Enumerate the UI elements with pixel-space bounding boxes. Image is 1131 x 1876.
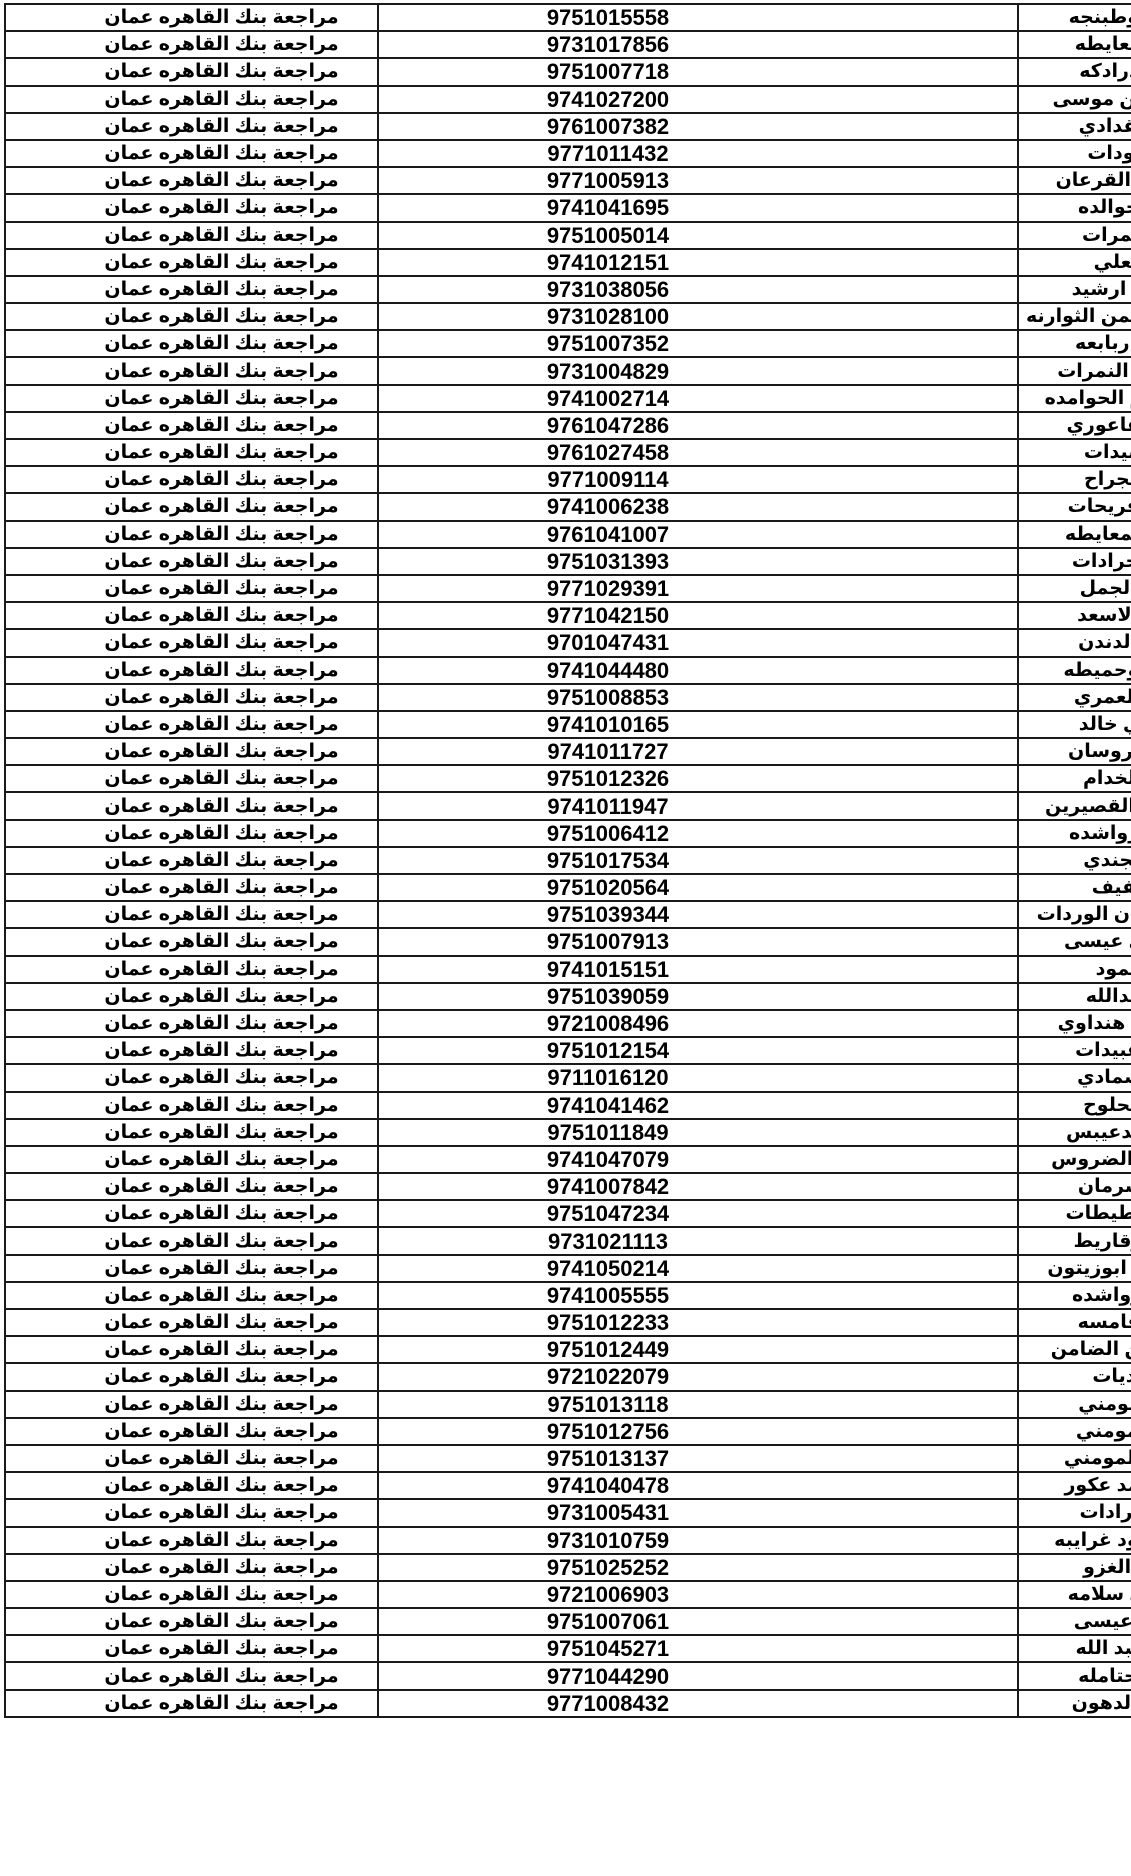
name-cell: معن علي ناصر بني عيسى (1018, 1608, 1131, 1635)
number-cell: 9721008496 (378, 1010, 1018, 1037)
branch-cell: مراجعة بنك القاهره عمان (5, 31, 378, 58)
number-cell: 9751015558 (378, 4, 1018, 31)
branch-cell: مراجعة بنك القاهره عمان (5, 1635, 378, 1662)
name-cell: زياد عبدالحافظ عايد ارشيد (1018, 276, 1131, 303)
number-cell: 9721022079 (378, 1363, 1018, 1390)
table-row: مراجعة بنك القاهره عمان 9741044480 حماد … (5, 657, 1131, 684)
table-row: مراجعة بنك القاهره عمان 9731017856 محمد … (5, 31, 1131, 58)
table-row: مراجعة بنك القاهره عمان 9731021113 حاتم … (5, 1227, 1131, 1254)
number-cell: 9731028100 (378, 303, 1018, 330)
table-row: مراجعة بنك القاهره عمان 9751047234 صالح … (5, 1200, 1131, 1227)
name-cell: صالح احمد صالح الصمادي (1018, 1064, 1131, 1091)
number-cell: 9751011849 (378, 1119, 1018, 1146)
number-cell: 9751007913 (378, 928, 1018, 955)
branch-cell: مراجعة بنك القاهره عمان (5, 1445, 378, 1472)
name-cell: ناصر محمد حسن جرادات (1018, 1499, 1131, 1526)
table-row: مراجعة بنك القاهره عمان 9751013137 محمد … (5, 1445, 1131, 1472)
name-cell: محمد محي الدين عبدالرحمن الثوارنه (1018, 303, 1131, 330)
table-row: مراجعة بنك القاهره عمان 9741015151 خالد … (5, 956, 1131, 983)
name-cell: بسام محمد عيسى الغزو (1018, 1554, 1131, 1581)
branch-cell: مراجعة بنك القاهره عمان (5, 357, 378, 384)
table-row: مراجعة بنك القاهره عمان 9741047079 رياض … (5, 1146, 1131, 1173)
name-cell: هاني احمد طعمه بني عيسى (1018, 928, 1131, 955)
number-cell: 9741050214 (378, 1255, 1018, 1282)
branch-cell: مراجعة بنك القاهره عمان (5, 820, 378, 847)
number-cell: 9751039344 (378, 901, 1018, 928)
number-cell: 9751012449 (378, 1336, 1018, 1363)
branch-cell: مراجعة بنك القاهره عمان (5, 1200, 378, 1227)
name-cell: زيدون حسين علي الاسعد (1018, 602, 1131, 629)
table-row: مراجعة بنك القاهره عمان 9741002714 علي ع… (5, 385, 1131, 412)
name-cell: حماد سالم سلمان ابوحميطه (1018, 657, 1131, 684)
table-row: مراجعة بنك القاهره عمان 9731005431 ناصر … (5, 1499, 1131, 1526)
name-cell: محمد احمد خليل المعايطه (1018, 31, 1131, 58)
number-cell: 9761027458 (378, 439, 1018, 466)
name-cell: محمد عبدالوهاب ضامن الضامن (1018, 1336, 1131, 1363)
branch-cell: مراجعة بنك القاهره عمان (5, 385, 378, 412)
branch-cell: مراجعة بنك القاهره عمان (5, 303, 378, 330)
number-cell: 9751039059 (378, 983, 1018, 1010)
number-cell: 9711016120 (378, 1064, 1018, 1091)
branch-cell: مراجعة بنك القاهره عمان (5, 1309, 378, 1336)
table-row: مراجعة بنك القاهره عمان 9741011947 محمد … (5, 792, 1131, 819)
branch-cell: مراجعة بنك القاهره عمان (5, 847, 378, 874)
name-cell: عبدالمنعم احمد طلال النمرات (1018, 357, 1131, 384)
number-cell: 9751008853 (378, 684, 1018, 711)
branch-cell: مراجعة بنك القاهره عمان (5, 1227, 378, 1254)
branch-cell: مراجعة بنك القاهره عمان (5, 956, 378, 983)
table-row: مراجعة بنك القاهره عمان 9751007913 هاني … (5, 928, 1131, 955)
branch-cell: مراجعة بنك القاهره عمان (5, 765, 378, 792)
name-cell: اياد سعيد احمد العبدالله (1018, 983, 1131, 1010)
number-cell: 9751045271 (378, 1635, 1018, 1662)
number-cell: 9771044290 (378, 1662, 1018, 1689)
number-cell: 9751047234 (378, 1200, 1018, 1227)
table-row: مراجعة بنك القاهره عمان 9761007382 محمود… (5, 113, 1131, 140)
table-row: مراجعة بنك القاهره عمان 9721006903 محمد … (5, 1581, 1131, 1608)
branch-cell: مراجعة بنك القاهره عمان (5, 1037, 378, 1064)
number-cell: 9741007842 (378, 1173, 1018, 1200)
name-cell: ابراهيم موسى حسين هنداوي (1018, 1010, 1131, 1037)
number-cell: 9751031393 (378, 548, 1018, 575)
table-row: مراجعة بنك القاهره عمان 9741005555 هايل … (5, 1282, 1131, 1309)
branch-cell: مراجعة بنك القاهره عمان (5, 1146, 378, 1173)
branch-cell: مراجعة بنك القاهره عمان (5, 86, 378, 113)
number-cell: 9731038056 (378, 276, 1018, 303)
branch-cell: مراجعة بنك القاهره عمان (5, 140, 378, 167)
table-row: مراجعة بنك القاهره عمان 9751012154 عمر م… (5, 1037, 1131, 1064)
names-table: مراجعة بنك القاهره عمان 9751015558 زياد … (4, 3, 1131, 1718)
name-cell: محمدسعيد كامل محمود غرايبه (1018, 1527, 1131, 1554)
name-cell: محمد خالد محمد عبيدات (1018, 439, 1131, 466)
branch-cell: مراجعة بنك القاهره عمان (5, 330, 378, 357)
branch-cell: مراجعة بنك القاهره عمان (5, 249, 378, 276)
table-row: مراجعة بنك القاهره عمان 9751007061 معن ع… (5, 1608, 1131, 1635)
number-cell: 9741010165 (378, 711, 1018, 738)
number-cell: 9751007061 (378, 1608, 1018, 1635)
name-cell: مؤيد احمد طلال النمرات (1018, 222, 1131, 249)
name-cell: محمد مصطفى حوران القصيرين (1018, 792, 1131, 819)
branch-cell: مراجعة بنك القاهره عمان (5, 548, 378, 575)
name-cell: امجد سلمان علي الجرادات (1018, 548, 1131, 575)
name-cell: رسمي يوسف موسى القرعان (1018, 167, 1131, 194)
table-row: مراجعة بنك القاهره عمان 9731028100 محمد … (5, 303, 1131, 330)
number-cell: 9751017534 (378, 847, 1018, 874)
name-cell: ابراهيم مراد فريح خوالده (1018, 194, 1131, 221)
name-cell: محمد محمود توفيق المومني (1018, 1445, 1131, 1472)
branch-cell: مراجعة بنك القاهره عمان (5, 1554, 378, 1581)
table-row: مراجعة بنك القاهره عمان 9771005913 رسمي … (5, 167, 1131, 194)
table-row: مراجعة بنك القاهره عمان 9751005014 مؤيد … (5, 222, 1131, 249)
name-cell: علي احمد علي العودات (1018, 140, 1131, 167)
branch-cell: مراجعة بنك القاهره عمان (5, 4, 378, 31)
branch-cell: مراجعة بنك القاهره عمان (5, 684, 378, 711)
number-cell: 9761041007 (378, 521, 1018, 548)
number-cell: 9741041462 (378, 1092, 1018, 1119)
branch-cell: مراجعة بنك القاهره عمان (5, 657, 378, 684)
table-row: مراجعة بنك القاهره عمان 9741010165 بسام … (5, 711, 1131, 738)
branch-cell: مراجعة بنك القاهره عمان (5, 874, 378, 901)
name-cell: رياض عبدالله سليمان الضروس (1018, 1146, 1131, 1173)
name-cell: عمر معروف محمد عبيدات (1018, 1037, 1131, 1064)
branch-cell: مراجعة بنك القاهره عمان (5, 466, 378, 493)
number-cell: 9751007352 (378, 330, 1018, 357)
table-row: مراجعة بنك القاهره عمان 9711016120 صالح … (5, 1064, 1131, 1091)
number-cell: 9751006412 (378, 820, 1018, 847)
table-row: مراجعة بنك القاهره عمان 9741006238 فاروق… (5, 493, 1131, 520)
number-cell: 9771008432 (378, 1690, 1018, 1717)
name-cell: احمد محمد ابراهيم الدهون (1018, 1690, 1131, 1717)
name-cell: مؤيد سليمان احمد مومني (1018, 1418, 1131, 1445)
table-row: مراجعة بنك القاهره عمان 9771029391 محمود… (5, 575, 1131, 602)
number-cell: 9751025252 (378, 1554, 1018, 1581)
number-cell: 9741047079 (378, 1146, 1018, 1173)
number-cell: 9741015151 (378, 956, 1018, 983)
branch-cell: مراجعة بنك القاهره عمان (5, 521, 378, 548)
name-cell: زياد عبدالله محمد ابوطبنجه (1018, 4, 1131, 31)
table-row: مراجعة بنك القاهره عمان 9751012756 مؤيد … (5, 1418, 1131, 1445)
branch-cell: مراجعة بنك القاهره عمان (5, 276, 378, 303)
branch-cell: مراجعة بنك القاهره عمان (5, 1690, 378, 1717)
branch-cell: مراجعة بنك القاهره عمان (5, 1472, 378, 1499)
name-cell: يحيى مدالله احمد الرواشده (1018, 820, 1131, 847)
branch-cell: مراجعة بنك القاهره عمان (5, 928, 378, 955)
number-cell: 9751012326 (378, 765, 1018, 792)
name-cell: عمر عفيف مطلق لحلوح (1018, 1092, 1131, 1119)
number-cell: 9751012233 (378, 1309, 1018, 1336)
name-cell: حسام حسن فهد الجندي (1018, 847, 1131, 874)
table-row: مراجعة بنك القاهره عمان 9721008496 ابراه… (5, 1010, 1131, 1037)
number-cell: 9741002714 (378, 385, 1018, 412)
name-cell: احمد محمد سلامه الفاعوري (1018, 412, 1131, 439)
number-cell: 9761007382 (378, 113, 1018, 140)
table-row: مراجعة بنك القاهره عمان 9751025252 بسام … (5, 1554, 1131, 1581)
table-row: مراجعة بنك القاهره عمان 9721022079 حمد خ… (5, 1363, 1131, 1390)
table-row: مراجعة بنك القاهره عمان 9741007842 خالد … (5, 1173, 1131, 1200)
name-cell: اكثم فوزي محسن الروسان (1018, 738, 1131, 765)
branch-cell: مراجعة بنك القاهره عمان (5, 1092, 378, 1119)
table-row: مراجعة بنك القاهره عمان 9751039344 عبدال… (5, 901, 1131, 928)
table-body: مراجعة بنك القاهره عمان 9751015558 زياد … (5, 4, 1131, 1717)
table-row: مراجعة بنك القاهره عمان 9751011849 مامون… (5, 1119, 1131, 1146)
name-cell: محمد راتب محمد دقامسه (1018, 1309, 1131, 1336)
table-row: مراجعة بنك القاهره عمان 9741012151 عامر … (5, 249, 1131, 276)
table-row: مراجعة بنك القاهره عمان 9751017534 حسام … (5, 847, 1131, 874)
branch-cell: مراجعة بنك القاهره عمان (5, 1119, 378, 1146)
number-cell: 9741006238 (378, 493, 1018, 520)
branch-cell: مراجعة بنك القاهره عمان (5, 1608, 378, 1635)
name-cell: هايل احمد سرور الرواشده (1018, 1282, 1131, 1309)
name-cell: عامر علي سالم العلي (1018, 249, 1131, 276)
document-sheet: مراجعة بنك القاهره عمان 9751015558 زياد … (4, 3, 1128, 1718)
name-cell: عبدالسلام محمد القفطان الوردات (1018, 901, 1131, 928)
number-cell: 9741027200 (378, 86, 1018, 113)
table-row: مراجعة بنك القاهره عمان 9741027200 حسام … (5, 86, 1131, 113)
name-cell: خالد محمد صالح الشرمان (1018, 1173, 1131, 1200)
branch-cell: مراجعة بنك القاهره عمان (5, 738, 378, 765)
branch-cell: مراجعة بنك القاهره عمان (5, 1010, 378, 1037)
branch-cell: مراجعة بنك القاهره عمان (5, 1581, 378, 1608)
number-cell: 9741012151 (378, 249, 1018, 276)
name-cell: احمد حسن خميس الدندن (1018, 629, 1131, 656)
name-cell: محمود احمد خالد مقدادي (1018, 113, 1131, 140)
table-row: مراجعة بنك القاهره عمان 9771008432 احمد … (5, 1690, 1131, 1717)
branch-cell: مراجعة بنك القاهره عمان (5, 194, 378, 221)
branch-cell: مراجعة بنك القاهره عمان (5, 1527, 378, 1554)
branch-cell: مراجعة بنك القاهره عمان (5, 1499, 378, 1526)
number-cell: 9771009114 (378, 466, 1018, 493)
number-cell: 9771011432 (378, 140, 1018, 167)
branch-cell: مراجعة بنك القاهره عمان (5, 1173, 378, 1200)
name-cell: حسام جمعه عبدالرحمن موسى (1018, 86, 1131, 113)
table-row: مراجعة بنك القاهره عمان 9731010759 محمدس… (5, 1527, 1131, 1554)
name-cell: حمد خليل احمد الديات (1018, 1363, 1131, 1390)
branch-cell: مراجعة بنك القاهره عمان (5, 1391, 378, 1418)
number-cell: 9741040478 (378, 1472, 1018, 1499)
table-row: مراجعة بنك القاهره عمان 9761027458 محمد … (5, 439, 1131, 466)
branch-cell: مراجعة بنك القاهره عمان (5, 113, 378, 140)
branch-cell: مراجعة بنك القاهره عمان (5, 711, 378, 738)
name-cell: رامي قاسم احمد الخدام (1018, 765, 1131, 792)
table-row: مراجعة بنك القاهره عمان 9751013118 ايمن … (5, 1391, 1131, 1418)
branch-cell: مراجعة بنك القاهره عمان (5, 1336, 378, 1363)
branch-cell: مراجعة بنك القاهره عمان (5, 167, 378, 194)
branch-cell: مراجعة بنك القاهره عمان (5, 439, 378, 466)
table-row: مراجعة بنك القاهره عمان 9771042150 زيدون… (5, 602, 1131, 629)
number-cell: 9741011727 (378, 738, 1018, 765)
table-row: مراجعة بنك القاهره عمان 9731004829 عبدال… (5, 357, 1131, 384)
number-cell: 9701047431 (378, 629, 1018, 656)
branch-cell: مراجعة بنك القاهره عمان (5, 412, 378, 439)
table-row: مراجعة بنك القاهره عمان 9751012233 محمد … (5, 1309, 1131, 1336)
name-cell: محمد يوسف جبر الجراح (1018, 466, 1131, 493)
number-cell: 9741041695 (378, 194, 1018, 221)
table-row: مراجعة بنك القاهره عمان 9751007718 جعفر … (5, 58, 1131, 85)
branch-cell: مراجعة بنك القاهره عمان (5, 1363, 378, 1390)
table-row: مراجعة بنك القاهره عمان 9771011432 علي ا… (5, 140, 1131, 167)
name-cell: جعفر قاسم محمد درادكه (1018, 58, 1131, 85)
branch-cell: مراجعة بنك القاهره عمان (5, 1255, 378, 1282)
name-cell: محمود يحيى صالح الجمل (1018, 575, 1131, 602)
number-cell: 9741005555 (378, 1282, 1018, 1309)
name-cell: خالد نهار فالح الحمود (1018, 956, 1131, 983)
number-cell: 9731005431 (378, 1499, 1018, 1526)
name-cell: مامون محمد حسن الدعيبس (1018, 1119, 1131, 1146)
number-cell: 9771042150 (378, 602, 1018, 629)
name-cell: انور محمد سليمان العمري (1018, 684, 1131, 711)
name-cell: نضال كريم عبدالله المعايطه (1018, 521, 1131, 548)
name-cell: فاروق عادل حسين فريحات (1018, 493, 1131, 520)
branch-cell: مراجعة بنك القاهره عمان (5, 1662, 378, 1689)
number-cell: 9771029391 (378, 575, 1018, 602)
branch-cell: مراجعة بنك القاهره عمان (5, 629, 378, 656)
number-cell: 9751005014 (378, 222, 1018, 249)
table-row: مراجعة بنك القاهره عمان 9751006412 يحيى … (5, 820, 1131, 847)
name-cell: ايمن محمد احمد المومني (1018, 1391, 1131, 1418)
table-row: مراجعة بنك القاهره عمان 9751020564 محمد … (5, 874, 1131, 901)
table-row: مراجعة بنك القاهره عمان 9741011727 اكثم … (5, 738, 1131, 765)
name-cell: صالح حمود صالح القطيطات (1018, 1200, 1131, 1227)
name-cell: محمد سعد علي عفيف (1018, 874, 1131, 901)
branch-cell: مراجعة بنك القاهره عمان (5, 1282, 378, 1309)
name-cell: بسام عمر محمد بني خالد (1018, 711, 1131, 738)
branch-cell: مراجعة بنك القاهره عمان (5, 58, 378, 85)
number-cell: 9751007718 (378, 58, 1018, 85)
number-cell: 9731004829 (378, 357, 1018, 384)
table-row: مراجعة بنك القاهره عمان 9751012449 محمد … (5, 1336, 1131, 1363)
table-row: مراجعة بنك القاهره عمان 9771009114 محمد … (5, 466, 1131, 493)
branch-cell: مراجعة بنك القاهره عمان (5, 493, 378, 520)
number-cell: 9741011947 (378, 792, 1018, 819)
name-cell: زياد يوسف عبدالرحمن ابوزيتون (1018, 1255, 1131, 1282)
table-row: مراجعة بنك القاهره عمان 9751039059 اياد … (5, 983, 1131, 1010)
table-row: مراجعة بنك القاهره عمان 9741041462 عمر ع… (5, 1092, 1131, 1119)
branch-cell: مراجعة بنك القاهره عمان (5, 792, 378, 819)
number-cell: 9731017856 (378, 31, 1018, 58)
name-cell: محمد احمد عقله بني سلامه (1018, 1581, 1131, 1608)
name-cell: عصام محمد نظامي ربابعه (1018, 330, 1131, 357)
number-cell: 9731021113 (378, 1227, 1018, 1254)
number-cell: 9751012756 (378, 1418, 1018, 1445)
number-cell: 9751012154 (378, 1037, 1018, 1064)
table-row: مراجعة بنك القاهره عمان 9751007352 عصام … (5, 330, 1131, 357)
branch-cell: مراجعة بنك القاهره عمان (5, 901, 378, 928)
branch-cell: مراجعة بنك القاهره عمان (5, 602, 378, 629)
number-cell: 9741044480 (378, 657, 1018, 684)
number-cell: 9751013137 (378, 1445, 1018, 1472)
table-row: مراجعة بنك القاهره عمان 9751008853 انور … (5, 684, 1131, 711)
table-row: مراجعة بنك القاهره عمان 9741040478 جهاد … (5, 1472, 1131, 1499)
number-cell: 9721006903 (378, 1581, 1018, 1608)
table-row: مراجعة بنك القاهره عمان 9751045271 عناد … (5, 1635, 1131, 1662)
table-row: مراجعة بنك القاهره عمان 9701047431 احمد … (5, 629, 1131, 656)
table-row: مراجعة بنك القاهره عمان 9771044290 سامي … (5, 1662, 1131, 1689)
number-cell: 9751013118 (378, 1391, 1018, 1418)
table-row: مراجعة بنك القاهره عمان 9761047286 احمد … (5, 412, 1131, 439)
table-row: مراجعة بنك القاهره عمان 9761041007 نضال … (5, 521, 1131, 548)
table-row: مراجعة بنك القاهره عمان 9751031393 امجد … (5, 548, 1131, 575)
name-cell: جهاد عبداللطيف محمد عكور (1018, 1472, 1131, 1499)
branch-cell: مراجعة بنك القاهره عمان (5, 575, 378, 602)
table-row: مراجعة بنك القاهره عمان 9741050214 زياد … (5, 1255, 1131, 1282)
number-cell: 9731010759 (378, 1527, 1018, 1554)
number-cell: 9761047286 (378, 412, 1018, 439)
name-cell: علي عبدالرحيم ابراهيم الحوامده (1018, 385, 1131, 412)
branch-cell: مراجعة بنك القاهره عمان (5, 1418, 378, 1445)
number-cell: 9751020564 (378, 874, 1018, 901)
table-row: مراجعة بنك القاهره عمان 9731038056 زياد … (5, 276, 1131, 303)
branch-cell: مراجعة بنك القاهره عمان (5, 983, 378, 1010)
branch-cell: مراجعة بنك القاهره عمان (5, 1064, 378, 1091)
name-cell: عناد احمد ابراهيم عبد الله (1018, 1635, 1131, 1662)
branch-cell: مراجعة بنك القاهره عمان (5, 222, 378, 249)
table-row: مراجعة بنك القاهره عمان 9751012326 رامي … (5, 765, 1131, 792)
name-cell: سامي محمود نهار حتامله (1018, 1662, 1131, 1689)
table-row: مراجعة بنك القاهره عمان 9741041695 ابراه… (5, 194, 1131, 221)
name-cell: حاتم هادي حمزه الزقاريط (1018, 1227, 1131, 1254)
number-cell: 9771005913 (378, 167, 1018, 194)
table-row: مراجعة بنك القاهره عمان 9751015558 زياد … (5, 4, 1131, 31)
